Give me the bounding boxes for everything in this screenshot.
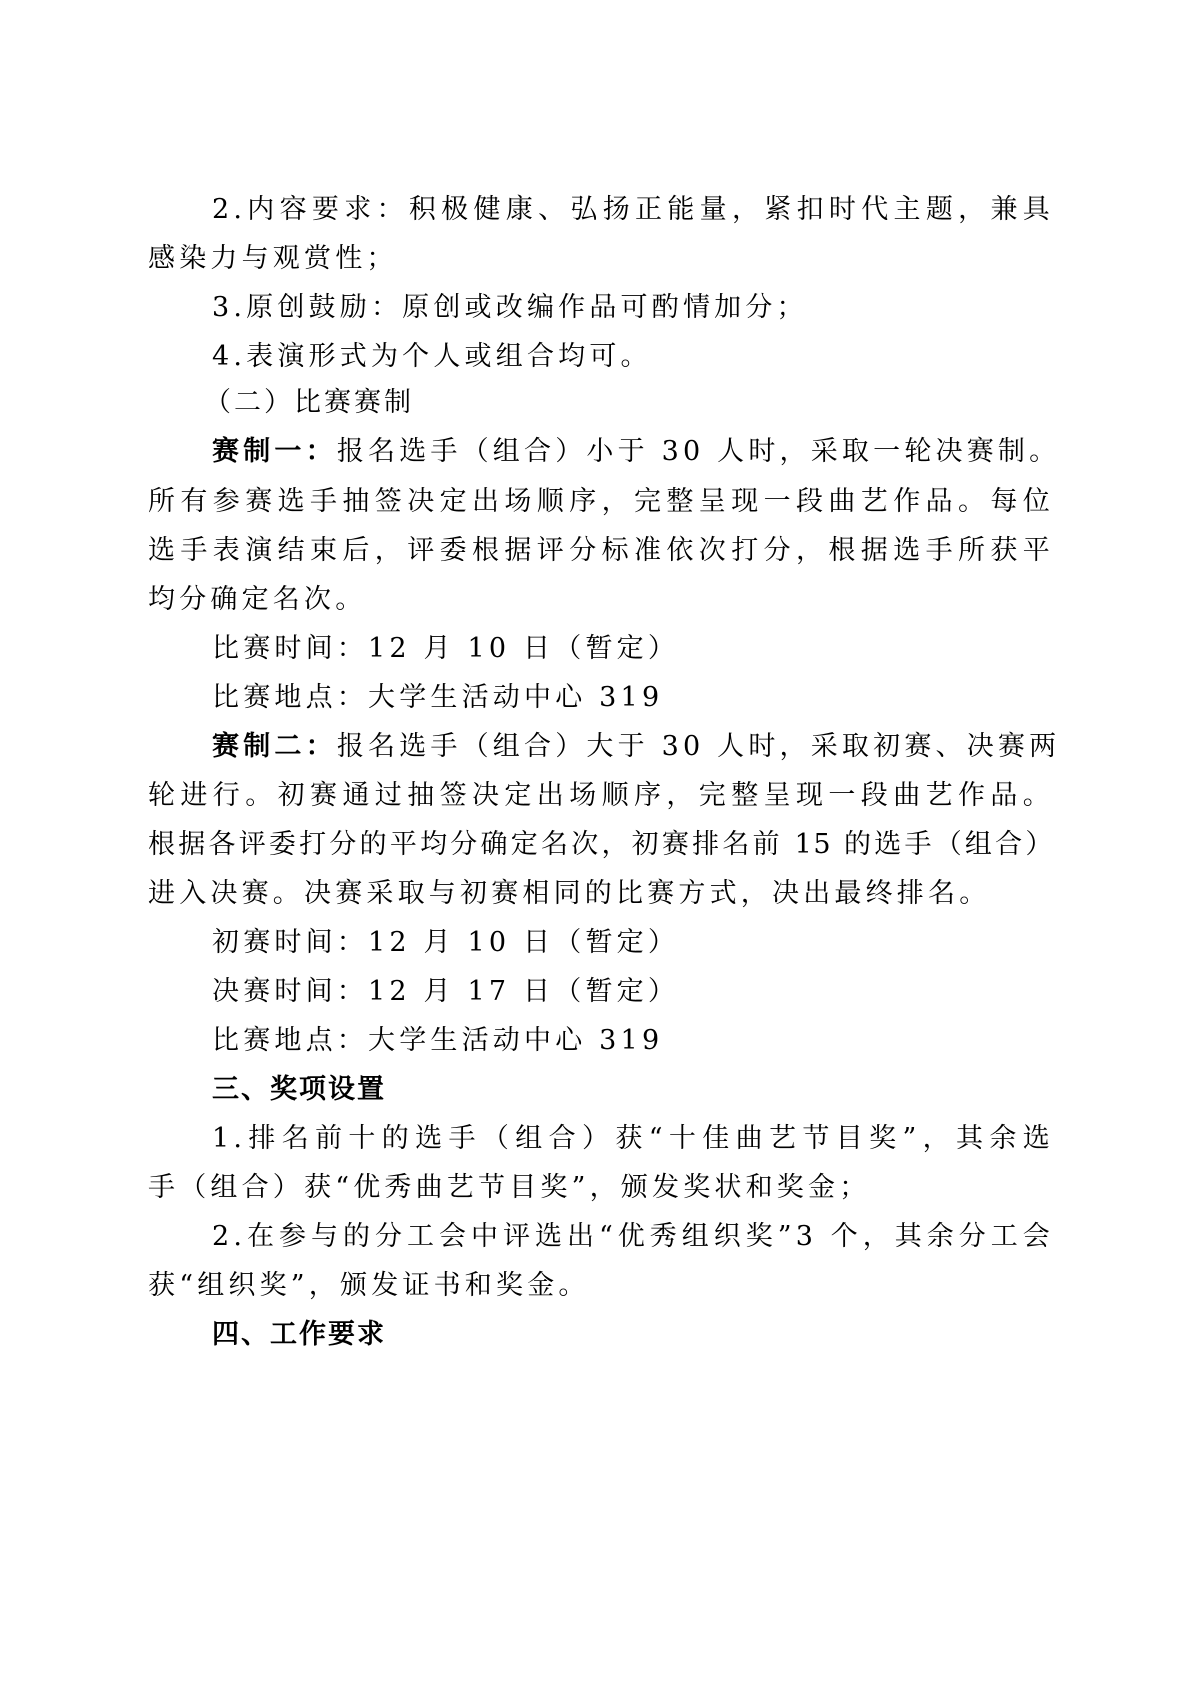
award-item-1: 1.排名前十的选手（组合）获“十佳曲艺节目奖”，其余选 (212, 1121, 1054, 1157)
format-2-line-3: 根据各评委打分的平均分确定名次，初赛排名前 15 的选手（组合） (148, 827, 1054, 863)
paragraph-text: 感染力与观赏性； (148, 243, 398, 274)
format-2-label: 赛制二： (212, 731, 337, 762)
paragraph-text: 4.表演形式为个人或组合均可。 (212, 341, 652, 372)
content-requirement-item-2-cont: 感染力与观赏性； (148, 241, 398, 277)
format-1-time: 比赛时间：12 月 10 日（暂定） (212, 631, 679, 667)
paragraph-text: 获“组织奖”，颁发证书和奖金。 (148, 1270, 590, 1301)
format-2-venue: 比赛地点：大学生活动中心 319 (212, 1023, 663, 1059)
paragraph-text: 所有参赛选手抽签决定出场顺序，完整呈现一段曲艺作品。每位 (148, 484, 1054, 520)
format-1-line-4: 均分确定名次。 (148, 582, 366, 618)
award-item-1-cont: 手（组合）获“优秀曲艺节目奖”，颁发奖状和奖金； (148, 1170, 870, 1206)
paragraph-text: 手（组合）获“优秀曲艺节目奖”，颁发奖状和奖金； (148, 1172, 870, 1203)
format-1-line-2: 所有参赛选手抽签决定出场顺序，完整呈现一段曲艺作品。每位 (148, 484, 1054, 520)
format-1-label: 赛制一： (212, 436, 337, 467)
format-1-line-3: 选手表演结束后，评委根据评分标准依次打分，根据选手所获平 (148, 533, 1054, 569)
format-2-line-4: 进入决赛。决赛采取与初赛相同的比赛方式，决出最终排名。 (148, 876, 990, 912)
paragraph-text: 2.在参与的分工会中评选出“优秀组织奖”3 个，其余分工会 (212, 1219, 1054, 1255)
award-item-2-cont: 获“组织奖”，颁发证书和奖金。 (148, 1268, 590, 1304)
paragraph-text: 根据各评委打分的平均分确定名次，初赛排名前 15 的选手（组合） (148, 827, 1054, 863)
paragraph-text: 2.内容要求：积极健康、弘扬正能量，紧扣时代主题，兼具 (212, 192, 1054, 228)
section-heading-competition-format: （二）比赛赛制 (204, 385, 414, 421)
paragraph-text: 报名选手（组合）小于 30 人时，采取一轮决赛制。 (337, 436, 1061, 467)
content-requirement-item-3: 3.原创鼓励：原创或改编作品可酌情加分； (212, 290, 808, 326)
paragraph-text: 3.原创鼓励：原创或改编作品可酌情加分； (212, 292, 808, 323)
paragraph-text: 1.排名前十的选手（组合）获“十佳曲艺节目奖”，其余选 (212, 1121, 1054, 1157)
paragraph-text: 轮进行。初赛通过抽签决定出场顺序，完整呈现一段曲艺作品。 (148, 778, 1054, 814)
format-2-final-time: 决赛时间：12 月 17 日（暂定） (212, 974, 679, 1010)
paragraph-text: 均分确定名次。 (148, 584, 366, 615)
format-2-prelim-time: 初赛时间：12 月 10 日（暂定） (212, 925, 679, 961)
content-requirement-item-2: 2.内容要求：积极健康、弘扬正能量，紧扣时代主题，兼具 (212, 192, 1054, 228)
format-2-line-2: 轮进行。初赛通过抽签决定出场顺序，完整呈现一段曲艺作品。 (148, 778, 1054, 814)
section-heading-work-requirements: 四、工作要求 (212, 1317, 386, 1353)
format-2-paragraph: 赛制二：报名选手（组合）大于 30 人时，采取初赛、决赛两 (212, 729, 1060, 765)
paragraph-text: 选手表演结束后，评委根据评分标准依次打分，根据选手所获平 (148, 533, 1054, 569)
format-1-paragraph: 赛制一：报名选手（组合）小于 30 人时，采取一轮决赛制。 (212, 434, 1060, 470)
paragraph-text: 进入决赛。决赛采取与初赛相同的比赛方式，决出最终排名。 (148, 878, 990, 909)
format-1-venue: 比赛地点：大学生活动中心 319 (212, 680, 663, 716)
award-item-2: 2.在参与的分工会中评选出“优秀组织奖”3 个，其余分工会 (212, 1219, 1054, 1255)
paragraph-text: 报名选手（组合）大于 30 人时，采取初赛、决赛两 (337, 731, 1061, 762)
section-heading-awards: 三、奖项设置 (212, 1072, 386, 1108)
content-requirement-item-4: 4.表演形式为个人或组合均可。 (212, 339, 652, 375)
